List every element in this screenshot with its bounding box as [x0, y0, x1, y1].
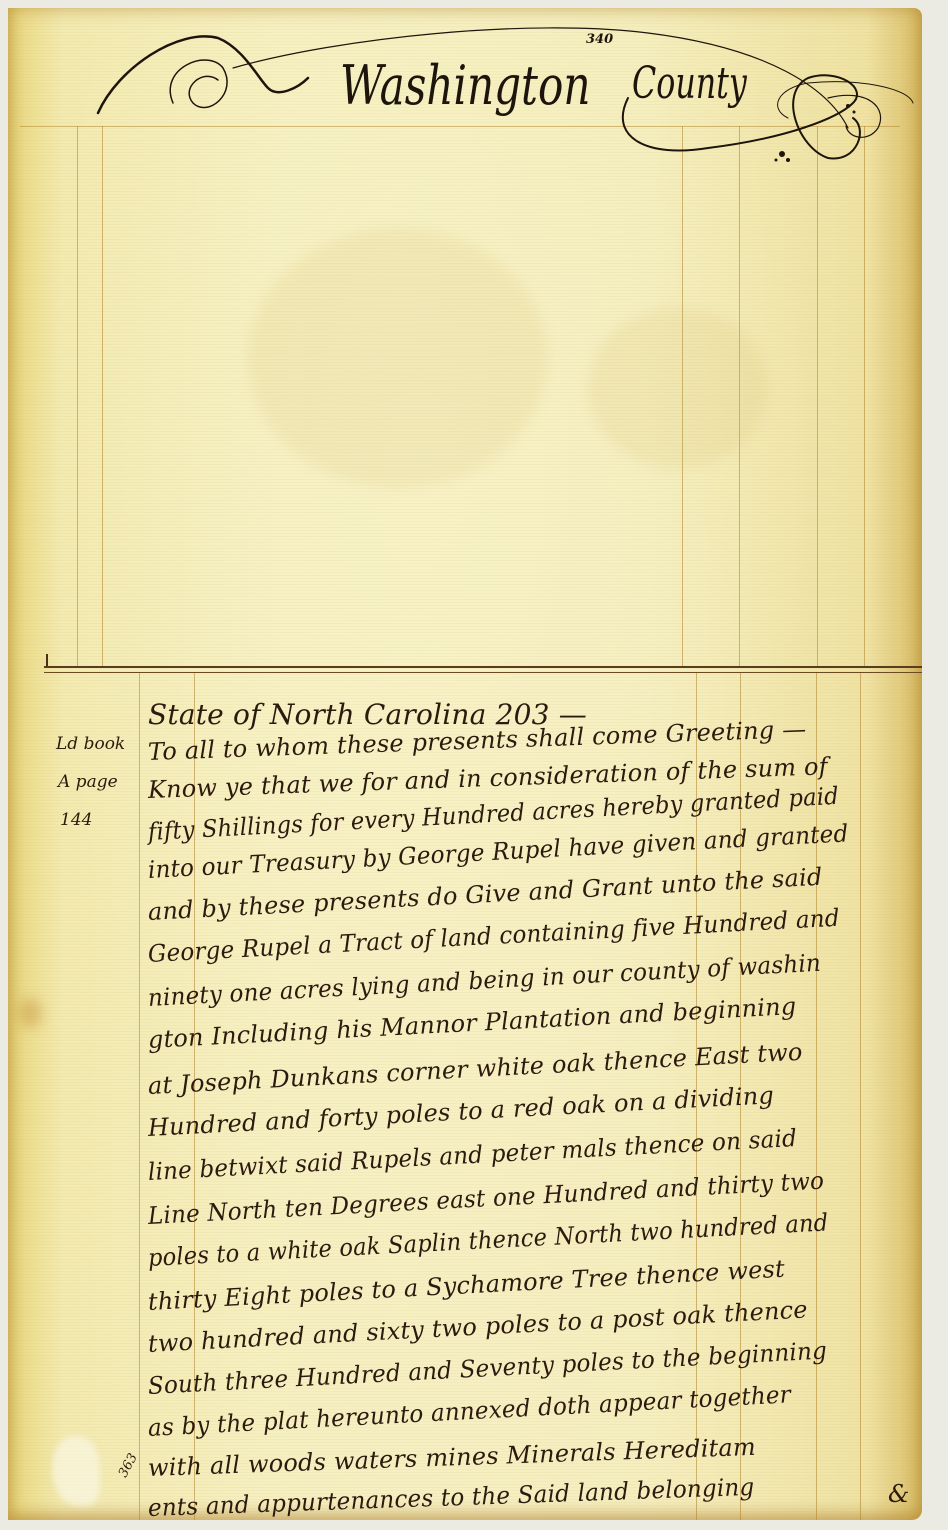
divider-tick [46, 654, 48, 666]
margin-note-line: 144 [60, 812, 92, 829]
water-stain [52, 1436, 100, 1506]
title-washington: Washington [340, 54, 590, 117]
stain [18, 998, 42, 1028]
section-divider [44, 666, 922, 668]
catchword: & [888, 1480, 908, 1508]
stain [248, 228, 548, 488]
margin-note-line: A page [58, 774, 118, 791]
margin-rule [139, 672, 140, 1520]
section-divider-secondary [44, 672, 922, 673]
folio-number: 340 [586, 32, 613, 47]
margin-note-line: Ld book [56, 736, 125, 753]
page-header: Washington County 340 [8, 8, 922, 208]
ledger-page: Washington County 340 Ld book A page 144… [8, 8, 922, 1520]
stain [588, 308, 768, 468]
page-number: 363 [116, 1451, 141, 1480]
title-county: County [632, 58, 747, 109]
